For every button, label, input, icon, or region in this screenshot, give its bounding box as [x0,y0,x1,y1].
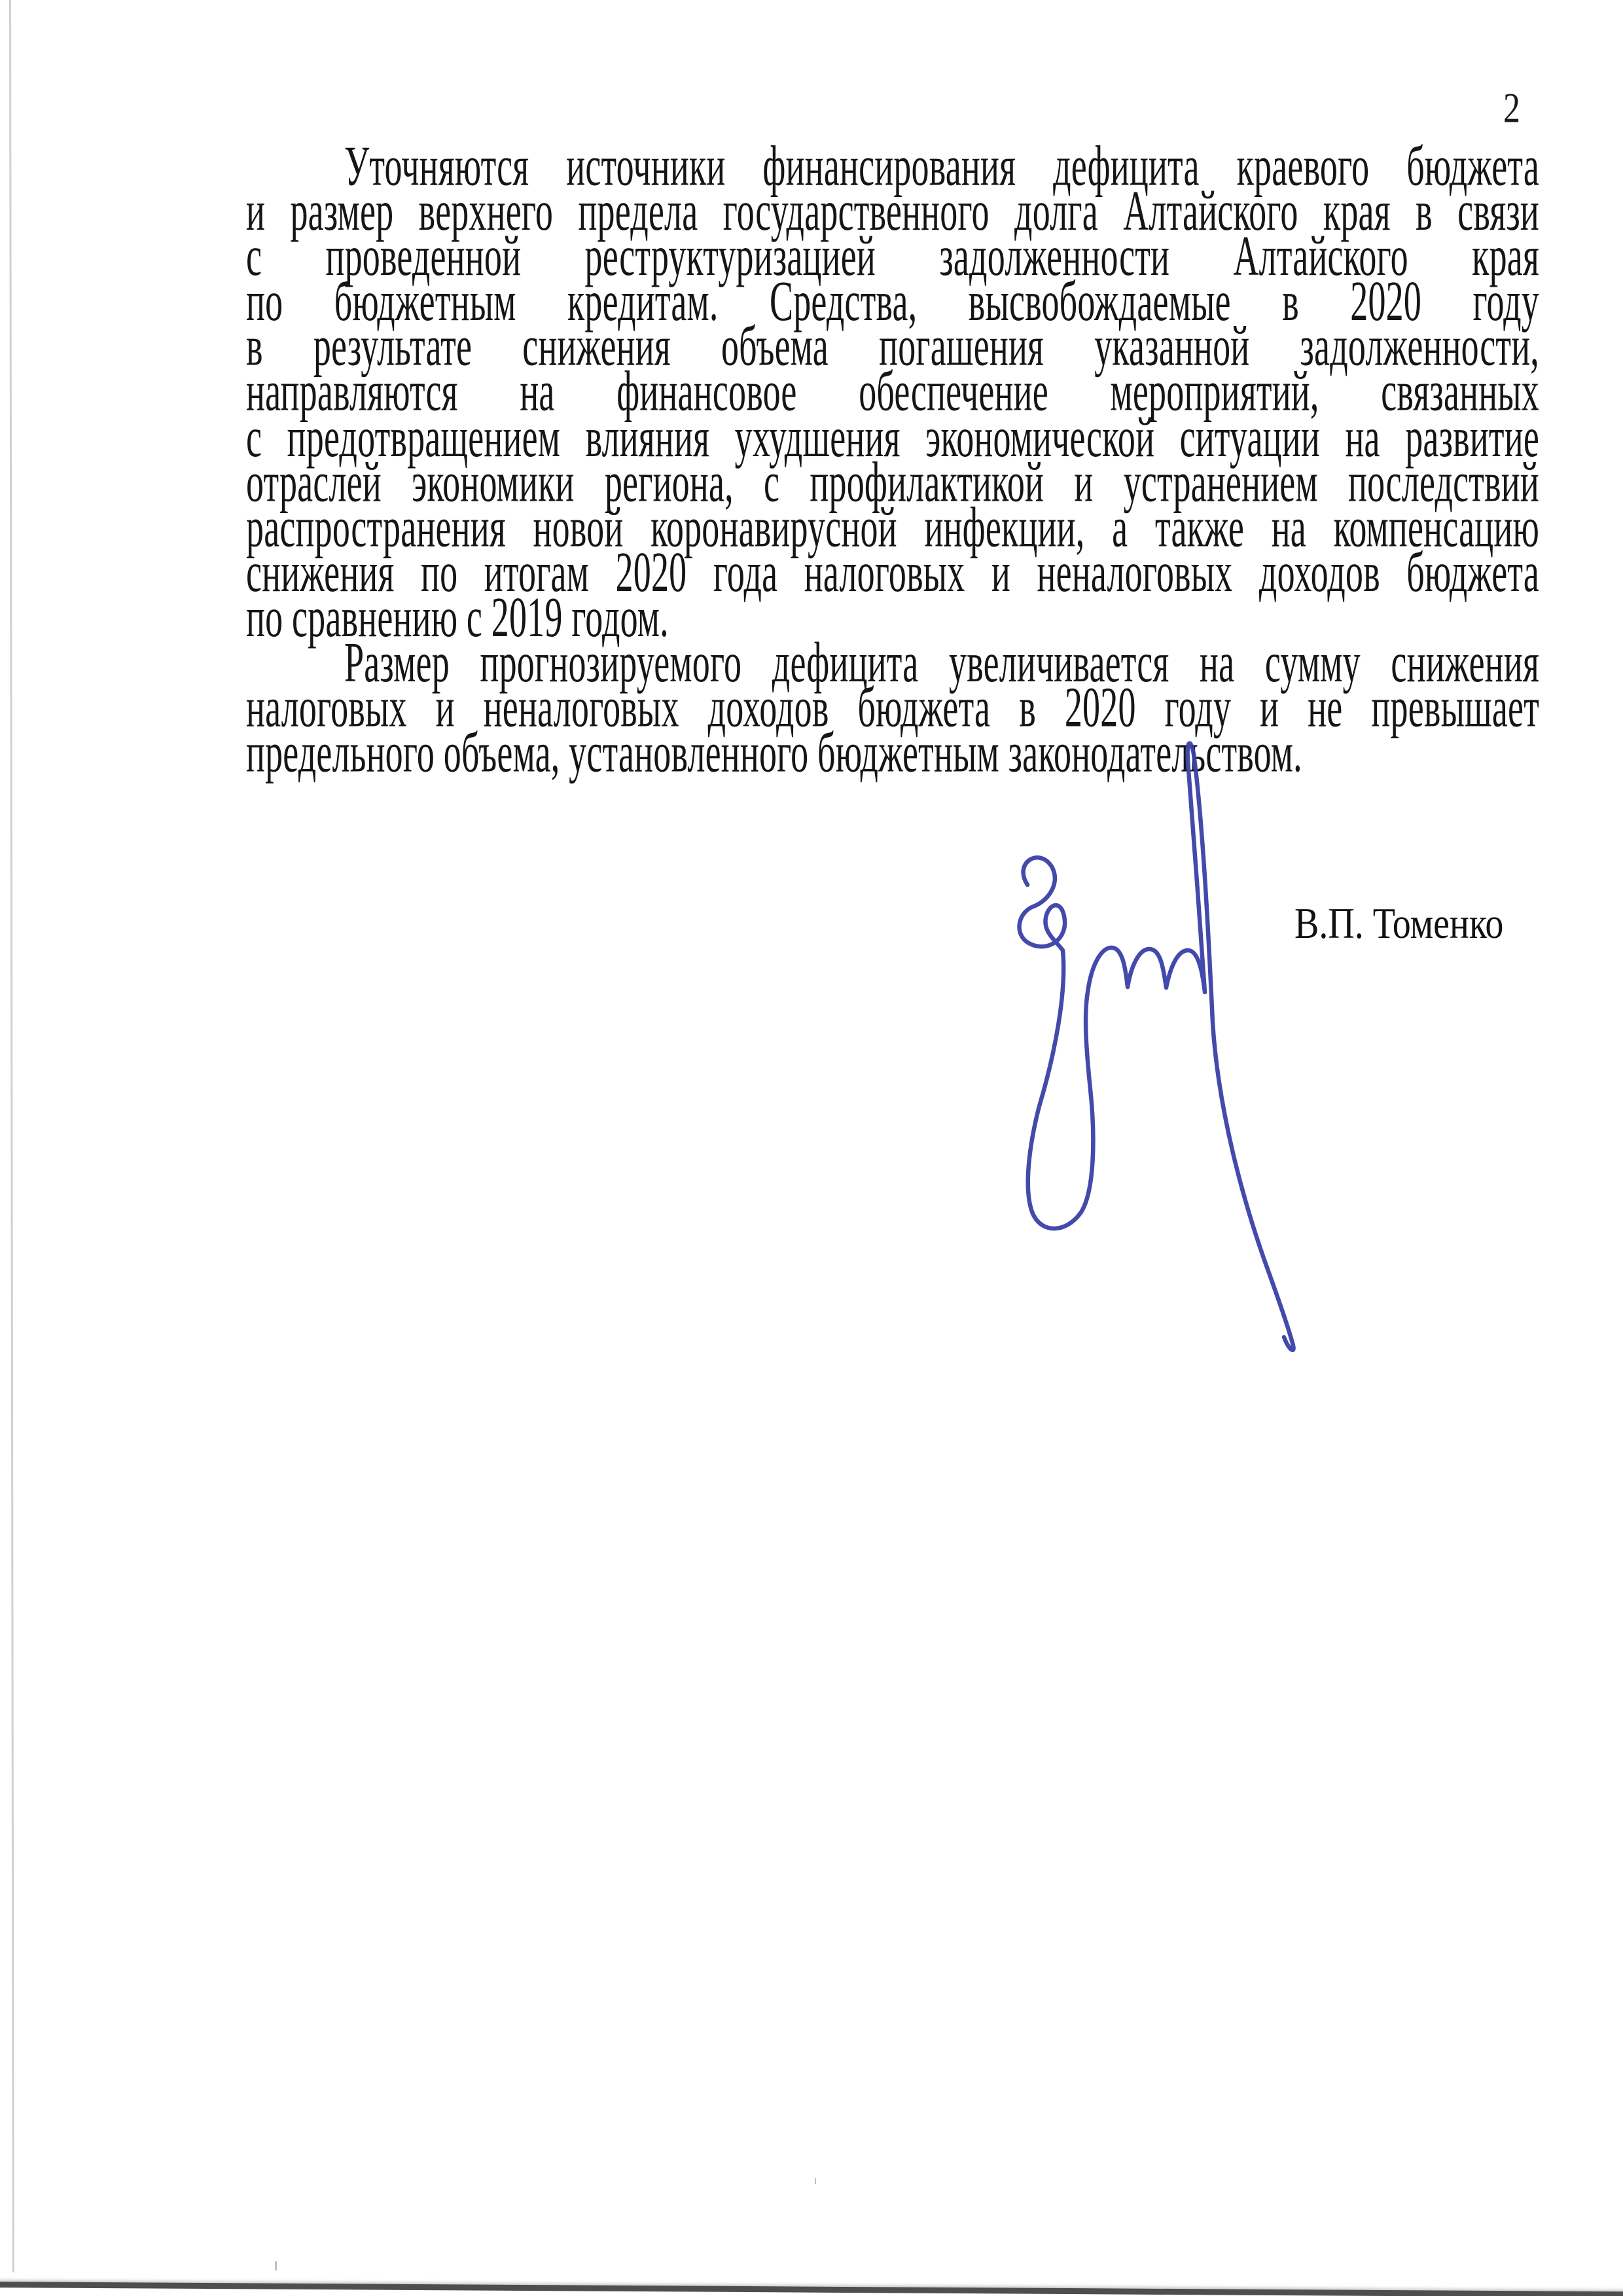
paragraph-1: Уточняются источники финансирования дефи… [246,144,1539,640]
paragraph-2: Размер прогнозируемого дефицита увеличив… [246,640,1539,776]
signature-stroke [1020,744,1294,1350]
scan-edge-left-line [9,0,14,2272]
signatory-name: В.П. Томенко [1294,902,1503,946]
page-number: 2 [1503,88,1520,130]
scan-edge-bottom-line [0,2282,1623,2296]
scan-speck [815,2178,816,2184]
scan-speck [275,2261,277,2270]
document-body-text: Уточняются источники финансирования дефи… [246,144,1539,776]
scanned-document-page: 2 Уточняются источники финансирования де… [0,0,1623,2296]
